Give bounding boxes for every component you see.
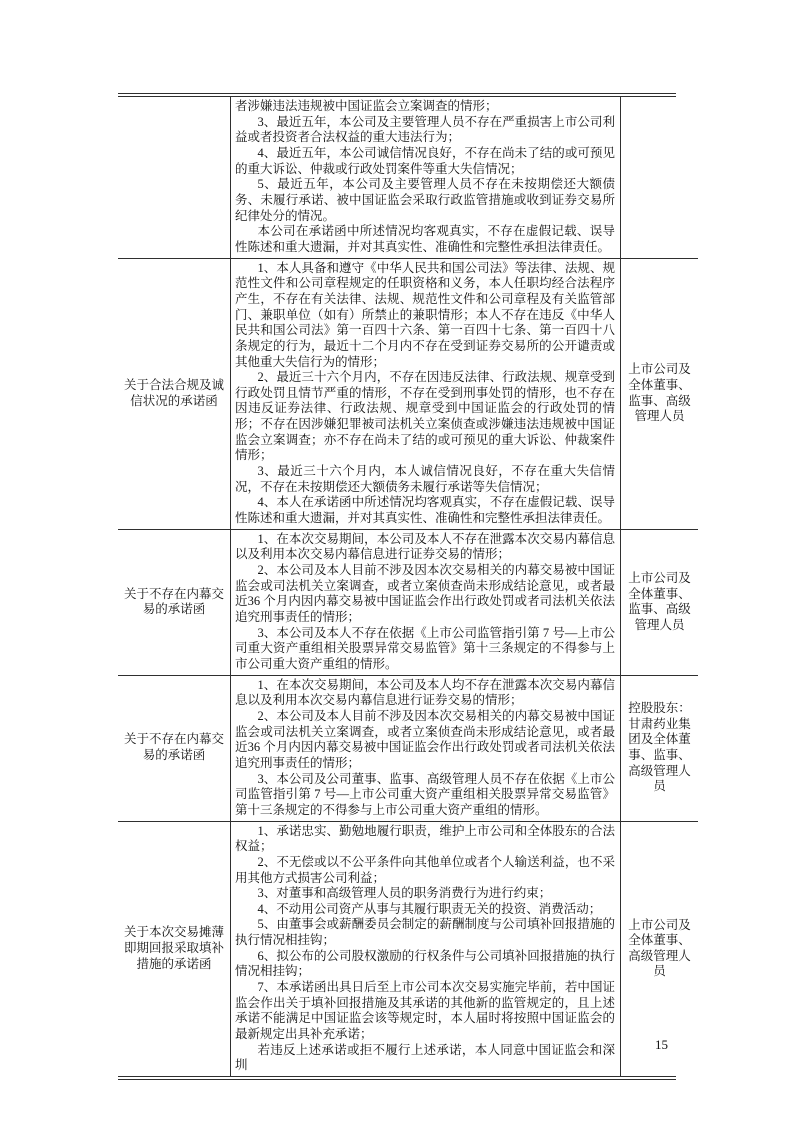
commitment-paragraph: 1、承诺忠实、勤勉地履行职责，维护上市公司和全体股东的合法权益；	[235, 824, 615, 855]
table-row: 关于不存在内幕交易的承诺函1、在本次交易期间，本公司及本人均不存在泄露本次交易内…	[118, 675, 698, 821]
commitment-label-cell: 关于不存在内幕交易的承诺函	[118, 529, 231, 675]
commitment-label-cell	[118, 97, 231, 258]
commitment-content-cell: 1、本人具备和遵守《中华人民共和国公司法》等法律、法规、规范性文件和公司章程规定…	[231, 258, 621, 529]
commitments-table-body: 者涉嫌违法违规被中国证监会立案调查的情形；3、最近五年，本公司及主要管理人员不存…	[118, 97, 698, 1076]
commitment-paragraph: 1、在本次交易期间，本公司及本人不存在泄露本次交易内幕信息以及利用本次交易内幕信…	[235, 532, 615, 563]
commitment-content-cell: 1、在本次交易期间，本公司及本人不存在泄露本次交易内幕信息以及利用本次交易内幕信…	[231, 529, 621, 675]
page-number: 15	[655, 1037, 668, 1053]
commitment-paragraph: 7、本承诺函出具日后至上市公司本次交易实施完毕前，若中国证监会作出关于填补回报措…	[235, 980, 615, 1043]
table-row: 关于不存在内幕交易的承诺函1、在本次交易期间，本公司及本人不存在泄露本次交易内幕…	[118, 529, 698, 675]
commitment-label-cell: 关于合法合规及诚信状况的承诺函	[118, 258, 231, 529]
commitment-label-cell: 关于本次交易摊薄即期回报采取填补措施的承诺函	[118, 821, 231, 1076]
commitment-paragraph: 5、由董事会或薪酬委员会制定的薪酬制度与公司填补回报措施的执行情况相挂钩；	[235, 917, 615, 948]
commitment-paragraph: 1、本人具备和遵守《中华人民共和国公司法》等法律、法规、规范性文件和公司章程规定…	[235, 261, 615, 371]
commitments-table-grid: 者涉嫌违法违规被中国证监会立案调查的情形；3、最近五年，本公司及主要管理人员不存…	[118, 97, 698, 1076]
commitment-paragraph: 本公司在承诺函中所述情况均客观真实，不存在虚假记载、误导性陈述和重大遗漏，并对其…	[235, 224, 615, 255]
commitment-party: 上市公司及全体董事、监事、高级管理人员	[624, 571, 695, 633]
commitment-label: 关于合法合规及诚信状况的承诺函	[121, 378, 227, 409]
commitment-paragraph: 5、最近五年，本公司及主要管理人员不存在未按期偿还大额债务、未履行承诺、被中国证…	[235, 177, 615, 224]
commitment-party-cell: 上市公司及全体董事、监事、高级管理人员	[621, 529, 699, 675]
commitment-paragraph: 者涉嫌违法违规被中国证监会立案调查的情形；	[235, 99, 615, 115]
commitment-paragraph: 2、本公司及本人目前不涉及因本次交易相关的内幕交易被中国证监会或司法机关立案调查…	[235, 563, 615, 626]
commitment-label-cell: 关于不存在内幕交易的承诺函	[118, 675, 231, 821]
commitment-content-cell: 1、在本次交易期间，本公司及本人均不存在泄露本次交易内幕信息以及利用本次交易内幕…	[231, 675, 621, 821]
commitment-paragraph: 3、最近五年，本公司及主要管理人员不存在严重损害上市公司利益或者投资者合法权益的…	[235, 115, 615, 146]
commitment-label: 关于不存在内幕交易的承诺函	[121, 732, 227, 763]
commitment-paragraph: 4、最近五年，本公司诚信情况良好，不存在尚未了结的或可预见的重大诉讼、仲裁或行政…	[235, 146, 615, 177]
commitments-table: 者涉嫌违法违规被中国证监会立案调查的情形；3、最近五年，本公司及主要管理人员不存…	[118, 93, 676, 1080]
table-row: 关于合法合规及诚信状况的承诺函1、本人具备和遵守《中华人民共和国公司法》等法律、…	[118, 258, 698, 529]
commitment-content-cell: 者涉嫌违法违规被中国证监会立案调查的情形；3、最近五年，本公司及主要管理人员不存…	[231, 97, 621, 258]
commitment-party: 控股股东：甘肃药业集团及全体董事、监事、高级管理人员	[624, 701, 695, 795]
commitment-party-cell: 上市公司及全体董事、监事、高级管理人员	[621, 258, 699, 529]
commitment-paragraph: 6、拟公布的公司股权激励的行权条件与公司填补回报措施的执行情况相挂钩；	[235, 949, 615, 980]
commitment-party-cell	[621, 97, 699, 258]
commitment-party: 上市公司及全体董事、高级管理人员	[624, 918, 695, 980]
commitment-party: 上市公司及全体董事、监事、高级管理人员	[624, 362, 695, 424]
commitment-content-cell: 1、承诺忠实、勤勉地履行职责，维护上市公司和全体股东的合法权益；2、不无偿或以不…	[231, 821, 621, 1076]
commitment-paragraph: 3、本公司及公司董事、监事、高级管理人员不存在依据《上市公司监管指引第 7 号—…	[235, 772, 615, 819]
commitment-paragraph: 3、本公司及本人不存在依据《上市公司监管指引第 7 号—上市公司重大资产重组相关…	[235, 626, 615, 673]
commitment-paragraph: 2、不无偿或以不公平条件向其他单位或者个人输送利益，也不采用其他方式损害公司利益…	[235, 855, 615, 886]
commitment-paragraph: 3、对董事和高级管理人员的职务消费行为进行约束；	[235, 886, 615, 902]
commitment-paragraph: 2、本公司及本人目前不涉及因本次交易相关的内幕交易被中国证监会或司法机关立案调查…	[235, 709, 615, 772]
commitment-paragraph: 若违反上述承诺或拒不履行上述承诺，本人同意中国证监会和深圳	[235, 1043, 615, 1074]
commitment-paragraph: 4、本人在承诺函中所述情况均客观真实，不存在虚假记载、误导性陈述和重大遗漏，并对…	[235, 495, 615, 526]
document-page: 者涉嫌违法违规被中国证监会立案调查的情形；3、最近五年，本公司及主要管理人员不存…	[0, 0, 794, 1122]
commitment-label: 关于本次交易摊薄即期回报采取填补措施的承诺函	[121, 925, 227, 972]
commitment-paragraph: 4、不动用公司资产从事与其履行职责无关的投资、消费活动；	[235, 902, 615, 918]
commitment-party-cell: 控股股东：甘肃药业集团及全体董事、监事、高级管理人员	[621, 675, 699, 821]
commitment-paragraph: 2、最近三十六个月内，不存在因违反法律、行政法规、规章受到行政处罚且情节严重的情…	[235, 370, 615, 464]
commitment-paragraph: 1、在本次交易期间，本公司及本人均不存在泄露本次交易内幕信息以及利用本次交易内幕…	[235, 678, 615, 709]
commitment-label: 关于不存在内幕交易的承诺函	[121, 587, 227, 618]
table-row: 者涉嫌违法违规被中国证监会立案调查的情形；3、最近五年，本公司及主要管理人员不存…	[118, 97, 698, 258]
table-row: 关于本次交易摊薄即期回报采取填补措施的承诺函1、承诺忠实、勤勉地履行职责，维护上…	[118, 821, 698, 1076]
commitment-paragraph: 3、最近三十六个月内，本人诚信情况良好，不存在重大失信情况，不存在未按期偿还大额…	[235, 464, 615, 495]
